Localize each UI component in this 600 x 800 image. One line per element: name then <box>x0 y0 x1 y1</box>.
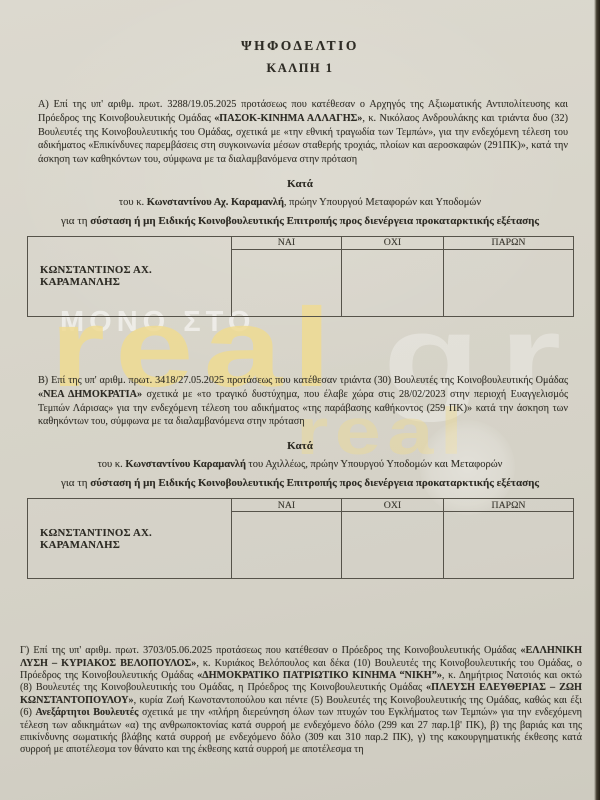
vote-table-a-option-present: ΠΑΡΩΝ <box>444 236 574 249</box>
ballot-photo: ΜΟΝΟ ΣΤΟ real gr real ΨΗΦΟΔΕΛΤΙΟ ΚΑΛΠΗ 1… <box>0 0 600 800</box>
vote-table-b: ΚΩΝΣΤΑΝΤΙΝΟΣ ΑΧ. ΚΑΡΑΜΑΝΛΗΣ ΝΑΙ ΟΧΙ ΠΑΡΩ… <box>27 498 574 579</box>
vote-table-b-cell-yes <box>232 512 342 579</box>
section-a-against-heading: Κατά <box>0 178 600 190</box>
vote-table-b-option-yes: ΝΑΙ <box>232 499 342 512</box>
vote-table-a-cell-present <box>444 249 574 316</box>
ballot-title: ΨΗΦΟΔΕΛΤΙΟ <box>0 0 600 54</box>
ballot-content: ΨΗΦΟΔΕΛΤΙΟ ΚΑΛΠΗ 1 Α) Επί της υπ' αριθμ.… <box>0 0 600 757</box>
ballot-box-label: ΚΑΛΠΗ 1 <box>0 61 600 76</box>
vote-table-b-cell-no <box>342 512 444 579</box>
vote-table-b-cell-present <box>444 512 574 579</box>
vote-table-a: ΚΩΝΣΤΑΝΤΙΝΟΣ ΑΧ. ΚΑΡΑΜΑΝΛΗΣ ΝΑΙ ΟΧΙ ΠΑΡΩ… <box>27 236 574 317</box>
section-a-proposal-text: Α) Επί της υπ' αριθμ. πρωτ. 3288/19.05.2… <box>0 98 600 167</box>
vote-table-b-candidate-name: ΚΩΝΣΤΑΝΤΙΝΟΣ ΑΧ. ΚΑΡΑΜΑΝΛΗΣ <box>28 499 232 579</box>
section-c-proposal-text: Γ) Επί της υπ' αριθμ. πρωτ. 3703/05.06.2… <box>0 645 600 757</box>
section-b-proposal-text: Β) Επί της υπ' αριθμ. πρωτ. 3418/27.05.2… <box>0 374 600 429</box>
vote-table-a-cell-no <box>342 249 444 316</box>
photo-edge-shadow <box>594 0 600 800</box>
section-a-against-person: του κ. Κωνσταντίνου Αχ. Καραμανλή, πρώην… <box>0 197 600 208</box>
vote-table-a-option-no: ΟΧΙ <box>342 236 444 249</box>
section-b-against-person: του κ. Κωνσταντίνου Καραμανλή του Αχιλλέ… <box>0 459 600 470</box>
section-b-against-heading: Κατά <box>0 440 600 452</box>
section-a-purpose-line: για τη σύσταση ή μη Ειδικής Κοινοβουλευτ… <box>0 215 600 227</box>
section-b-purpose-line: για τη σύσταση ή μη Ειδικής Κοινοβουλευτ… <box>0 477 600 489</box>
vote-table-a-option-yes: ΝΑΙ <box>232 236 342 249</box>
vote-table-b-option-present: ΠΑΡΩΝ <box>444 499 574 512</box>
vote-table-b-option-no: ΟΧΙ <box>342 499 444 512</box>
vote-table-a-candidate-name: ΚΩΝΣΤΑΝΤΙΝΟΣ ΑΧ. ΚΑΡΑΜΑΝΛΗΣ <box>28 236 232 316</box>
vote-table-a-cell-yes <box>232 249 342 316</box>
